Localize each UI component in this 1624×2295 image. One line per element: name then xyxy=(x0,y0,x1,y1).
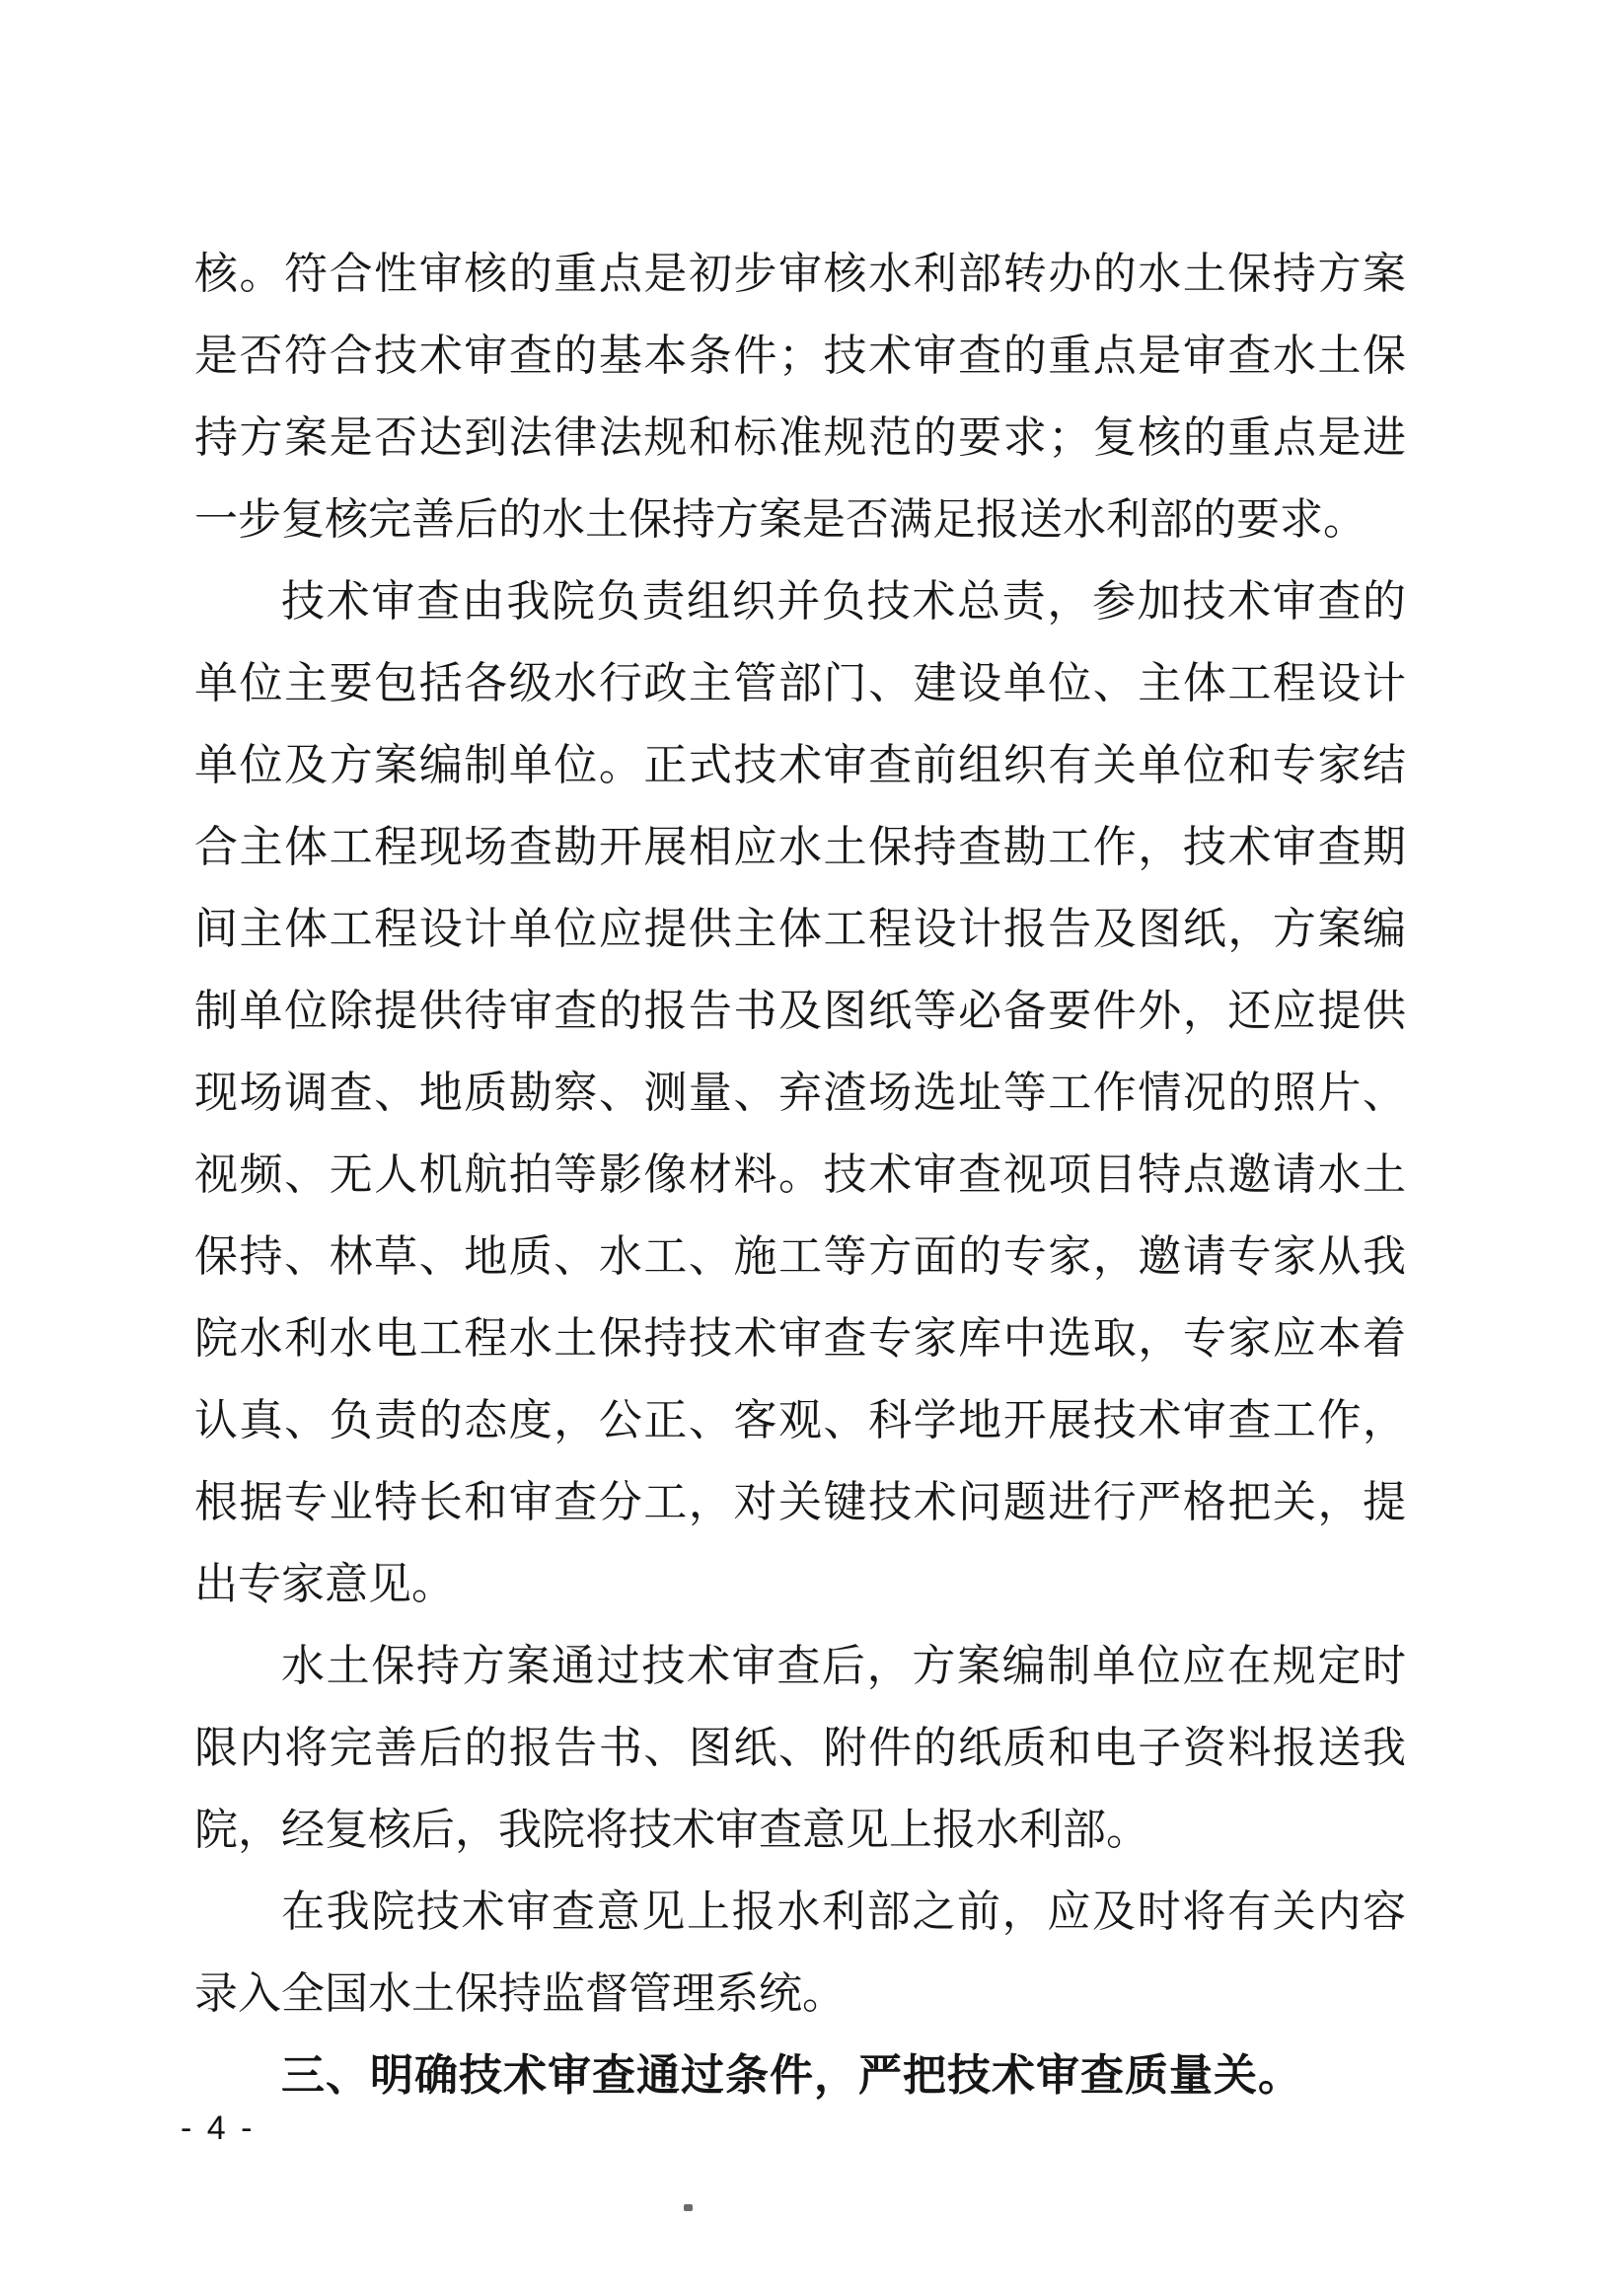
page-number: - 4 - xyxy=(181,2110,255,2148)
paragraph-post-review-submission: 水土保持方案通过技术审查后，方案编制单位应在规定时限内将完善后的报告书、图纸、附… xyxy=(194,1625,1406,1871)
paragraph-system-entry: 在我院技术审查意见上报水利部之前，应及时将有关内容录入全国水土保持监督管理系统。 xyxy=(194,1871,1406,2035)
scan-artifact-mark xyxy=(684,2204,693,2211)
document-page: 核。符合性审核的重点是初步审核水利部转办的水土保持方案是否符合技术审查的基本条件… xyxy=(0,0,1624,2295)
document-body: 核。符合性审核的重点是初步审核水利部转办的水土保持方案是否符合技术审查的基本条件… xyxy=(194,233,1406,2116)
section-heading: 三、明确技术审查通过条件，严把技术审查质量关。 xyxy=(194,2035,1406,2116)
paragraph-technical-review-organization: 技术审查由我院负责组织并负技术总责，参加技术审查的单位主要包括各级水行政主管部门… xyxy=(194,560,1406,1625)
paragraph-continuation: 核。符合性审核的重点是初步审核水利部转办的水土保持方案是否符合技术审查的基本条件… xyxy=(194,233,1406,560)
